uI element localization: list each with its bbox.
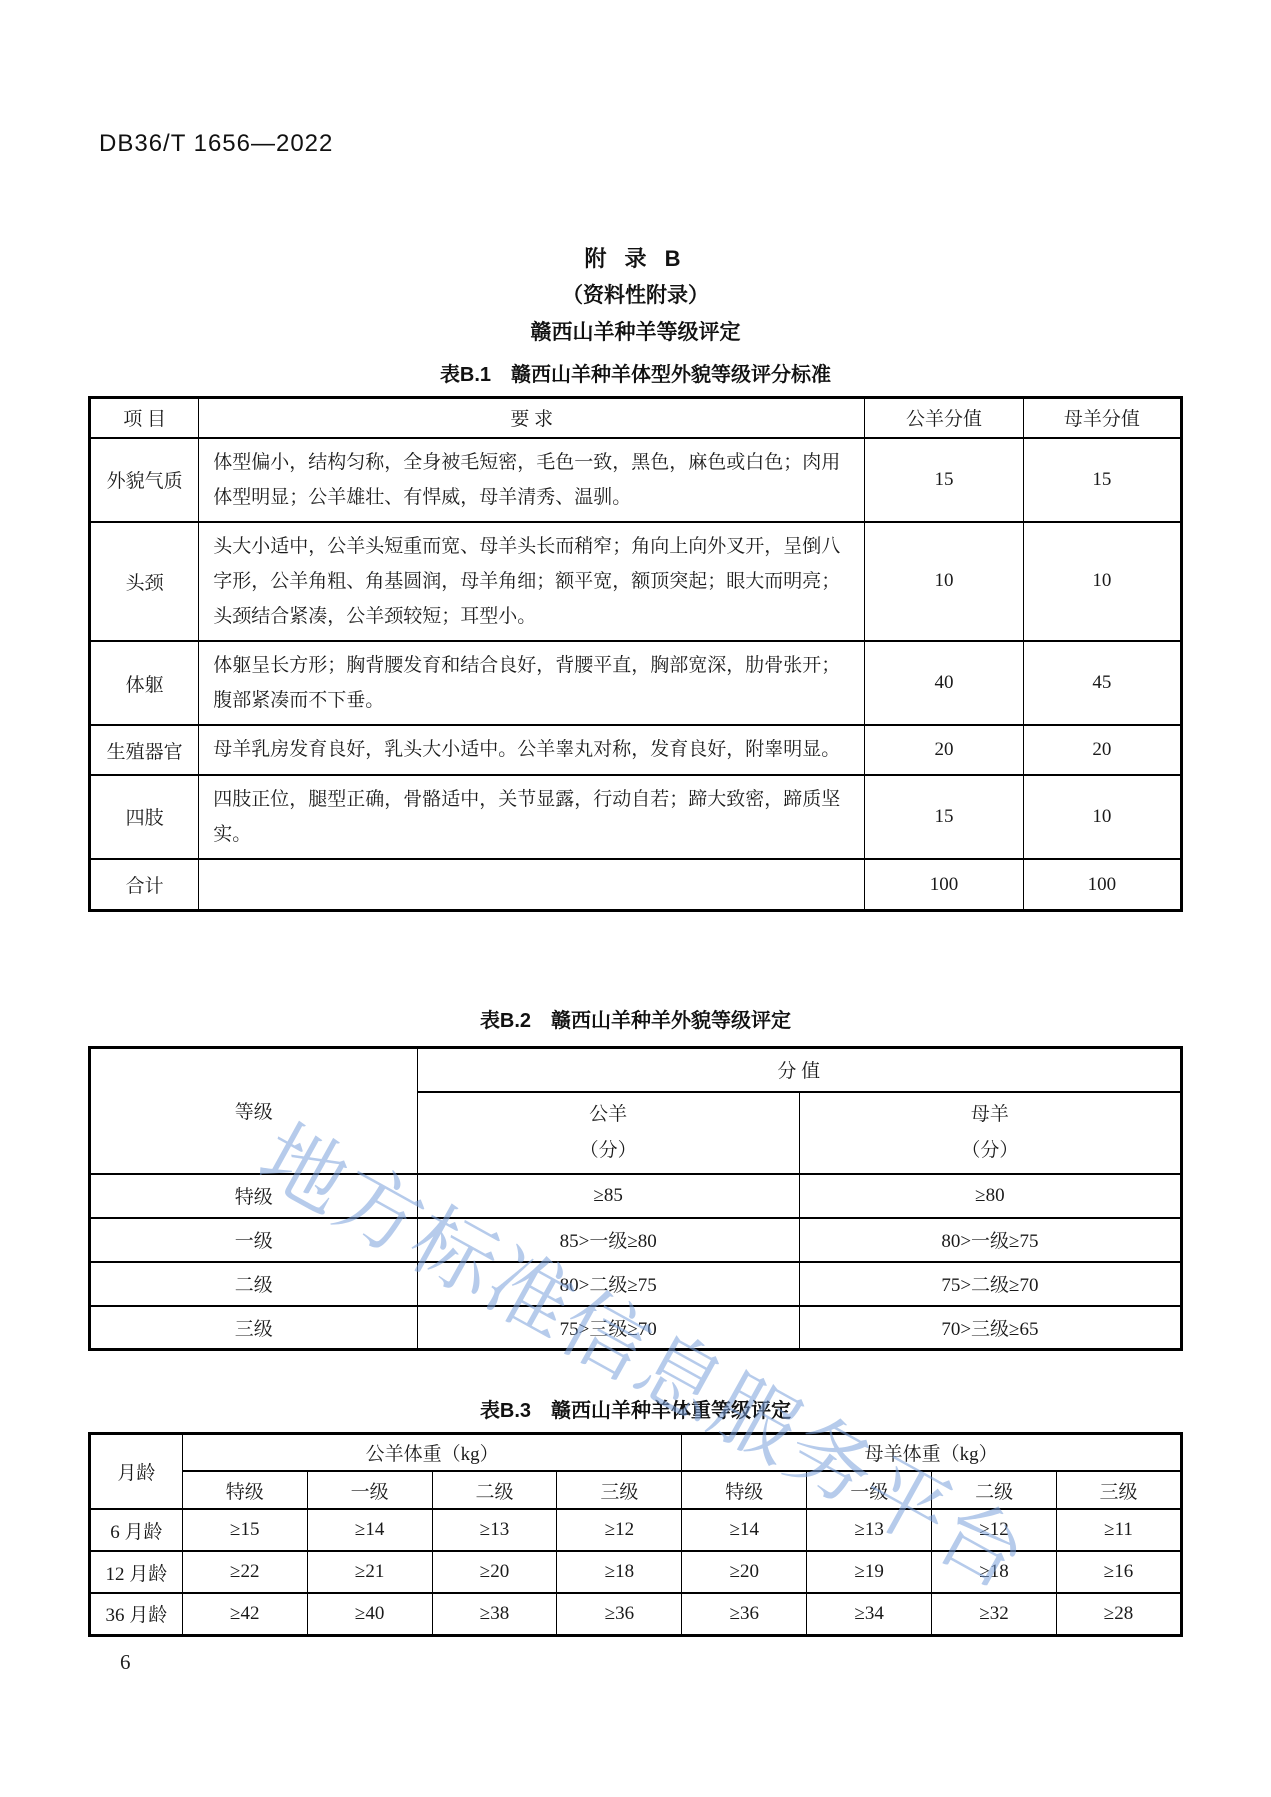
b1-ram-score: 20 <box>865 725 1023 774</box>
b3-age: 12 月龄 <box>90 1551 183 1593</box>
b3-weight: ≥28 <box>1057 1593 1182 1635</box>
b2-header-score: 分 值 <box>417 1048 1181 1092</box>
b3-weight: ≥40 <box>307 1593 432 1635</box>
b3-weight: ≥13 <box>432 1509 557 1551</box>
b2-header-grade: 等级 <box>90 1048 418 1174</box>
b3-grade-header: 一级 <box>307 1471 432 1509</box>
b3-weight: ≥22 <box>182 1551 307 1593</box>
b3-weight: ≥42 <box>182 1593 307 1635</box>
table-row: 生殖器官 母羊乳房发育良好，乳头大小适中。公羊睾丸对称，发育良好，附睾明显。 2… <box>90 725 1182 774</box>
table-b3-subheader-row: 特级 一级 二级 三级 特级 一级 二级 三级 <box>90 1471 1182 1509</box>
b3-grade-header: 二级 <box>932 1471 1057 1509</box>
b3-header-age: 月龄 <box>90 1434 183 1510</box>
b1-item: 体躯 <box>90 641 199 725</box>
table-row: 合计 100 100 <box>90 859 1182 911</box>
b3-weight: ≥36 <box>682 1593 807 1635</box>
b3-age: 6 月龄 <box>90 1509 183 1551</box>
table-row: 头颈 头大小适中，公羊头短重而宽、母羊头长而稍窄；角向上向外叉开，呈倒八字形，公… <box>90 522 1182 641</box>
b3-weight: ≥11 <box>1057 1509 1182 1551</box>
table-row: 6 月龄 ≥15 ≥14 ≥13 ≥12 ≥14 ≥13 ≥12 ≥11 <box>90 1509 1182 1551</box>
b2-grade: 二级 <box>90 1262 418 1306</box>
b3-weight: ≥19 <box>807 1551 932 1593</box>
table-row: 12 月龄 ≥22 ≥21 ≥20 ≥18 ≥20 ≥19 ≥18 ≥16 <box>90 1551 1182 1593</box>
b1-ewe-score: 100 <box>1023 859 1181 911</box>
table-row: 二级 80>二级≥75 75>二级≥70 <box>90 1262 1182 1306</box>
b1-requirement: 体躯呈长方形；胸背腰发育和结合良好，背腰平直，胸部宽深，肋骨张开；腹部紧凑而不下… <box>199 641 865 725</box>
b1-requirement: 四肢正位，腿型正确，骨骼适中，关节显露，行动自若；蹄大致密，蹄质坚实。 <box>199 775 865 859</box>
b3-weight: ≥16 <box>1057 1551 1182 1593</box>
b3-weight: ≥14 <box>307 1509 432 1551</box>
b1-item: 外貌气质 <box>90 438 199 522</box>
b2-grade: 一级 <box>90 1218 418 1262</box>
b3-grade-header: 特级 <box>682 1471 807 1509</box>
b3-weight: ≥32 <box>932 1593 1057 1635</box>
b3-weight: ≥13 <box>807 1509 932 1551</box>
b1-item: 头颈 <box>90 522 199 641</box>
appendix-title: 附 录 B <box>0 240 1271 277</box>
b1-ram-score: 40 <box>865 641 1023 725</box>
b2-ewe-range: 75>二级≥70 <box>799 1262 1181 1306</box>
b2-ram-range: 85>一级≥80 <box>417 1218 799 1262</box>
table-b3: 月龄 公羊体重（kg） 母羊体重（kg） 特级 一级 二级 三级 特级 一级 二… <box>88 1432 1183 1637</box>
table-row: 体躯 体躯呈长方形；胸背腰发育和结合良好，背腰平直，胸部宽深，肋骨张开；腹部紧凑… <box>90 641 1182 725</box>
b3-grade-header: 三级 <box>1057 1471 1182 1509</box>
b3-header-ewe-weight: 母羊体重（kg） <box>682 1434 1182 1472</box>
table-b1-caption: 表B.1 赣西山羊种羊体型外貌等级评分标准 <box>0 358 1271 387</box>
b2-grade: 特级 <box>90 1174 418 1218</box>
b1-header-requirement: 要 求 <box>199 398 865 438</box>
b1-ram-score: 15 <box>865 438 1023 522</box>
b1-ram-score: 15 <box>865 775 1023 859</box>
table-row: 一级 85>一级≥80 80>一级≥75 <box>90 1218 1182 1262</box>
table-b3-header-row: 月龄 公羊体重（kg） 母羊体重（kg） <box>90 1434 1182 1472</box>
b3-weight: ≥15 <box>182 1509 307 1551</box>
b2-ram-range: 80>二级≥75 <box>417 1262 799 1306</box>
b1-requirement: 母羊乳房发育良好，乳头大小适中。公羊睾丸对称，发育良好，附睾明显。 <box>199 725 865 774</box>
b2-ram-range: 75>三级≥70 <box>417 1306 799 1350</box>
b3-header-ram-weight: 公羊体重（kg） <box>182 1434 682 1472</box>
table-row: 三级 75>三级≥70 70>三级≥65 <box>90 1306 1182 1350</box>
b3-weight: ≥38 <box>432 1593 557 1635</box>
b2-header-ram: 公羊 （分） <box>417 1092 799 1174</box>
b3-weight: ≥20 <box>432 1551 557 1593</box>
b3-weight: ≥18 <box>557 1551 682 1593</box>
b3-weight: ≥14 <box>682 1509 807 1551</box>
b3-age: 36 月龄 <box>90 1593 183 1635</box>
b3-grade-header: 一级 <box>807 1471 932 1509</box>
b2-ewe-range: 80>一级≥75 <box>799 1218 1181 1262</box>
b1-item: 生殖器官 <box>90 725 199 774</box>
b1-requirement <box>199 859 865 911</box>
b1-item: 合计 <box>90 859 199 911</box>
b1-header-ram-score: 公羊分值 <box>865 398 1023 438</box>
b3-weight: ≥34 <box>807 1593 932 1635</box>
table-b3-caption: 表B.3 赣西山羊种羊体重等级评定 <box>0 1394 1271 1423</box>
table-b2: 等级 分 值 公羊 （分） 母羊 （分） 特级 ≥85 ≥80 一级 85>一级… <box>88 1046 1183 1351</box>
b1-ewe-score: 10 <box>1023 522 1181 641</box>
b2-header-ewe: 母羊 （分） <box>799 1092 1181 1174</box>
b3-weight: ≥18 <box>932 1551 1057 1593</box>
document-page: DB36/T 1656—2022 附 录 B （资料性附录） 赣西山羊种羊等级评… <box>0 0 1271 1797</box>
b1-ewe-score: 15 <box>1023 438 1181 522</box>
table-b1-header-row: 项 目 要 求 公羊分值 母羊分值 <box>90 398 1182 438</box>
table-b2-caption: 表B.2 赣西山羊种羊外貌等级评定 <box>0 1004 1271 1033</box>
table-row: 特级 ≥85 ≥80 <box>90 1174 1182 1218</box>
table-row: 外貌气质 体型偏小，结构匀称，全身被毛短密，毛色一致，黑色，麻色或白色；肉用体型… <box>90 438 1182 522</box>
b1-header-item: 项 目 <box>90 398 199 438</box>
b1-requirement: 头大小适中，公羊头短重而宽、母羊头长而稍窄；角向上向外叉开，呈倒八字形，公羊角粗… <box>199 522 865 641</box>
b2-ram-range: ≥85 <box>417 1174 799 1218</box>
b1-ewe-score: 45 <box>1023 641 1181 725</box>
b3-grade-header: 三级 <box>557 1471 682 1509</box>
b1-ewe-score: 20 <box>1023 725 1181 774</box>
b3-grade-header: 二级 <box>432 1471 557 1509</box>
b3-weight: ≥12 <box>557 1509 682 1551</box>
appendix-type: （资料性附录） <box>0 277 1271 314</box>
b1-header-ewe-score: 母羊分值 <box>1023 398 1181 438</box>
b2-grade: 三级 <box>90 1306 418 1350</box>
b1-ram-score: 10 <box>865 522 1023 641</box>
b1-ewe-score: 10 <box>1023 775 1181 859</box>
standard-number: DB36/T 1656—2022 <box>99 130 333 158</box>
table-b1: 项 目 要 求 公羊分值 母羊分值 外貌气质 体型偏小，结构匀称，全身被毛短密，… <box>88 396 1183 912</box>
appendix-subject: 赣西山羊种羊等级评定 <box>0 314 1271 351</box>
b3-grade-header: 特级 <box>182 1471 307 1509</box>
page-number: 6 <box>120 1650 131 1675</box>
b1-requirement: 体型偏小，结构匀称，全身被毛短密，毛色一致，黑色，麻色或白色；肉用体型明显；公羊… <box>199 438 865 522</box>
b3-weight: ≥21 <box>307 1551 432 1593</box>
table-row: 36 月龄 ≥42 ≥40 ≥38 ≥36 ≥36 ≥34 ≥32 ≥28 <box>90 1593 1182 1635</box>
b2-ewe-range: 70>三级≥65 <box>799 1306 1181 1350</box>
b3-weight: ≥12 <box>932 1509 1057 1551</box>
table-b2-header-row: 等级 分 值 <box>90 1048 1182 1092</box>
b2-ewe-range: ≥80 <box>799 1174 1181 1218</box>
b1-ram-score: 100 <box>865 859 1023 911</box>
appendix-title-block: 附 录 B （资料性附录） 赣西山羊种羊等级评定 <box>0 240 1271 351</box>
b1-item: 四肢 <box>90 775 199 859</box>
b3-weight: ≥20 <box>682 1551 807 1593</box>
table-row: 四肢 四肢正位，腿型正确，骨骼适中，关节显露，行动自若；蹄大致密，蹄质坚实。 1… <box>90 775 1182 859</box>
b3-weight: ≥36 <box>557 1593 682 1635</box>
